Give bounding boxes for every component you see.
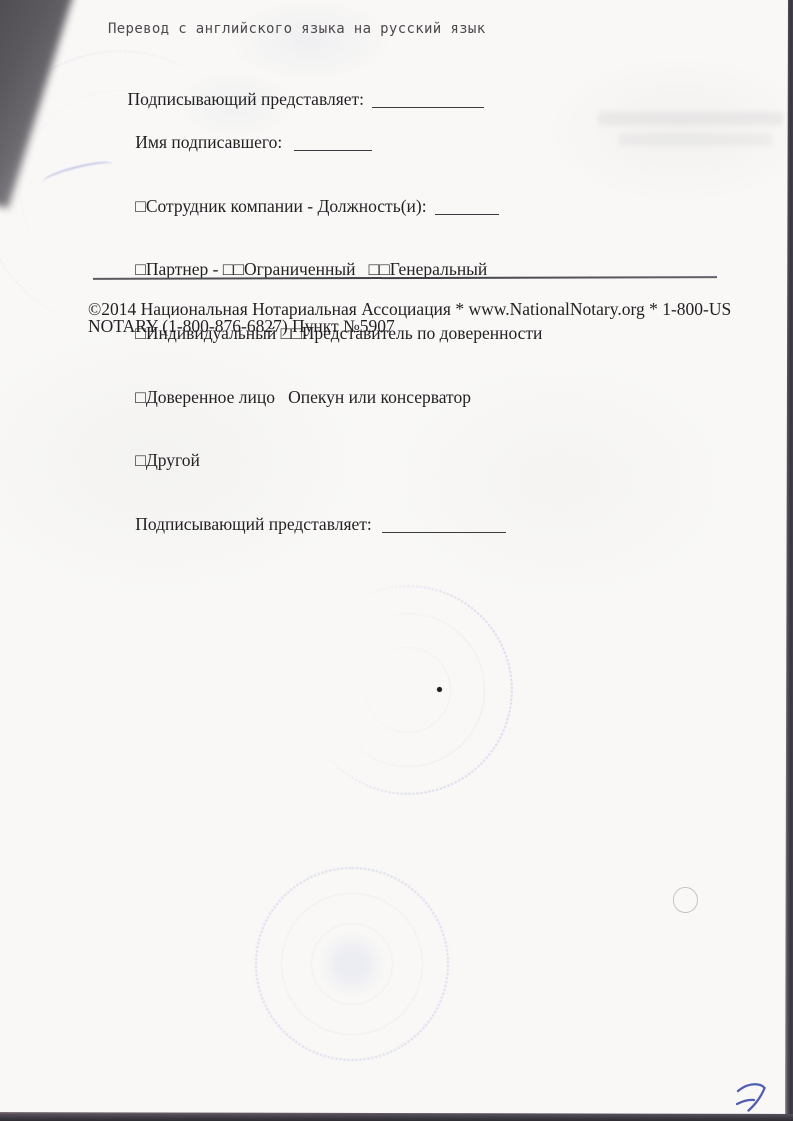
checkbox-label: □Другой [135, 450, 200, 470]
blank-line [294, 138, 372, 151]
stamp-bleedthrough-middle [303, 585, 513, 795]
checkbox-line-partner: □Партнер - □□Ограниченный □□Генеральный [109, 238, 542, 302]
checkbox-line-other: □Другой [109, 429, 542, 493]
stamp-bleedthrough-bottom [255, 867, 449, 1061]
checkbox-line-company-employee: □Сотрудник компании - Должность(и): [109, 175, 542, 239]
ink-bleedthrough-squiggle [41, 157, 114, 188]
blank-line [372, 95, 484, 108]
stamp-ring [303, 585, 513, 795]
stamp-ring [331, 613, 485, 767]
checkbox-label: □Сотрудник компании - Должность(и): [135, 196, 426, 216]
field-signer-represents-bottom: Подписывающий представляет: [109, 493, 542, 557]
checkbox-line-trustee-guardian: □Доверенное лицо Опекун или консерватор [109, 365, 542, 429]
translation-note: Перевод с английского языка на русский я… [108, 21, 485, 37]
handwritten-seven-icon [733, 1078, 773, 1114]
scan-edge-right [785, 0, 793, 1121]
page-number-handwritten: 7 [733, 1078, 773, 1114]
field-label: Подписывающий представляет: [128, 89, 365, 109]
checkbox-label: □Доверенное лицо Опекун или консерватор [135, 387, 471, 407]
footer-line-2: NOTARY (1-800-876-6827) Пункт №5907 [88, 318, 731, 335]
blank-line [435, 202, 499, 215]
text-bleedthrough-smudge [618, 133, 773, 146]
stamp-ring [255, 867, 449, 1061]
ink-speck [437, 687, 442, 692]
scanned-document-page: Перевод с английского языка на русский я… [0, 0, 793, 1121]
field-label: Подписывающий представляет: [135, 514, 372, 534]
field-label: Имя подписавшего: [135, 132, 282, 152]
stamp-ring [281, 893, 423, 1035]
faint-circle-mark [671, 885, 700, 915]
blank-line [382, 520, 506, 533]
footer-copyright: ©2014 Национальная Нотариальная Ассоциац… [88, 301, 731, 335]
text-bleedthrough-smudge [598, 112, 783, 125]
stamp-ring [311, 923, 393, 1005]
field-signer-name: Имя подписавшего: [109, 111, 542, 175]
scan-edge-bottom [0, 1111, 793, 1121]
